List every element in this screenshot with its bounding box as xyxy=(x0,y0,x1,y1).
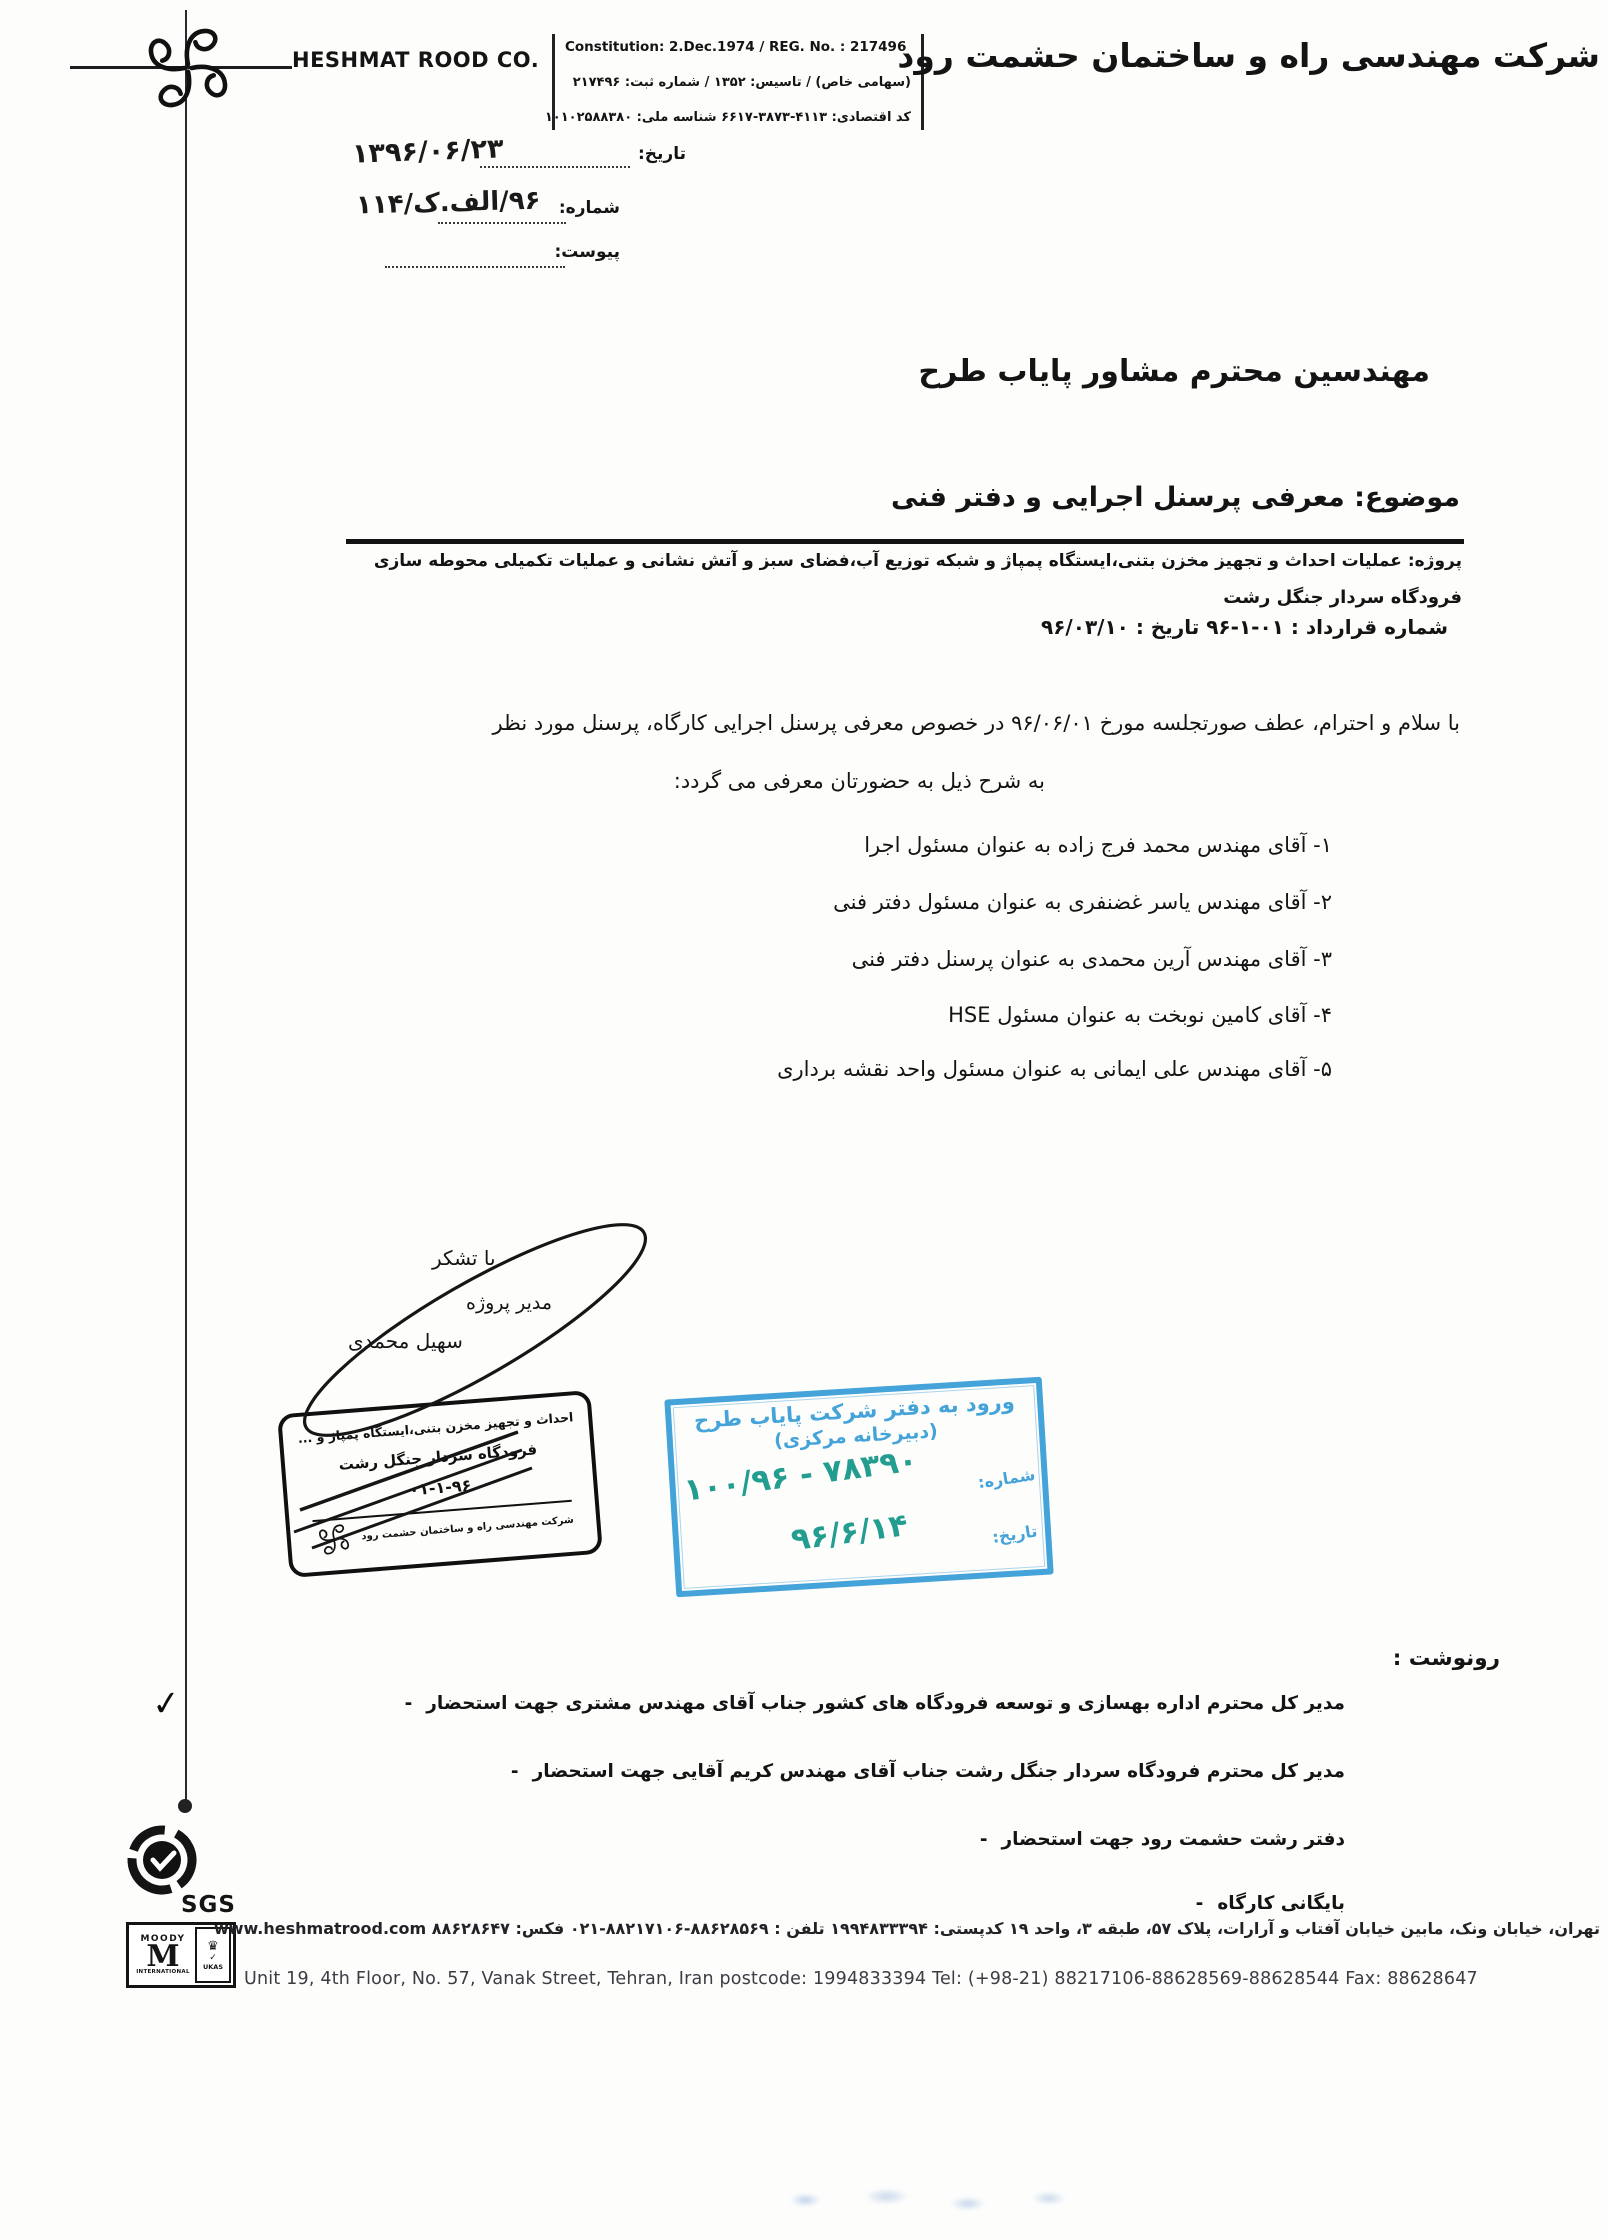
fold-guide-dot xyxy=(178,1799,192,1813)
number-label: شماره: xyxy=(559,198,620,218)
number-dotted-leader xyxy=(438,220,566,224)
cc-item-dash: - xyxy=(405,1693,413,1714)
cc-item-dash: - xyxy=(980,1829,988,1850)
registration-line: (سهامی خاص) / تاسیس: ۱۳۵۲ / شماره ثبت: ۲… xyxy=(565,75,911,90)
personnel-item: ۴- آقای کامین نوبخت به عنوان مسئول HSE xyxy=(948,1003,1332,1027)
cc-item: مدیر کل محترم اداره بهسازی و توسعه فرودگ… xyxy=(405,1693,1345,1714)
entry-stamp-date-label: تاریخ: xyxy=(991,1521,1038,1546)
address-fa: تهران، خیابان ونک، مابین خیابان آفتاب و … xyxy=(214,1919,1600,1938)
attachment-label: پیوست: xyxy=(555,242,621,262)
date-label: تاریخ: xyxy=(638,144,686,164)
company-registration-box: Constitution: 2.Dec.1974 / REG. No. : 21… xyxy=(552,34,924,130)
entry-stamp-date-value: ۹۶/۶/۱۴ xyxy=(789,1507,910,1558)
signature-scribble-icon xyxy=(260,1180,720,1600)
subject-underline xyxy=(346,539,1464,544)
personnel-item: ۱- آقای مهندس محمد فرج زاده به عنوان مسئ… xyxy=(864,833,1332,857)
cc-heading: رونوشت : xyxy=(1393,1646,1500,1671)
personnel-item: ۲- آقای مهندس یاسر غضنفری به عنوان مسئول… xyxy=(833,890,1332,914)
company-name-fa: شرکت مهندسی راه و ساختمان حشمت رود xyxy=(897,36,1600,75)
faint-blue-artifact xyxy=(768,2182,1080,2218)
sgs-label: SGS xyxy=(181,1892,236,1918)
check-icon: ✓ xyxy=(209,1954,217,1963)
moody-logo-icon: MOODY M INTERNATIONAL xyxy=(131,1927,195,1983)
contract-number-line: شماره قرارداد : ۰۱-۱-۹۶ تاریخ : ۹۶/۰۳/۱۰ xyxy=(1041,615,1448,639)
cc-item: دفتر رشت حشمت رود جهت استحضار- xyxy=(980,1829,1345,1850)
fold-guide-line xyxy=(185,10,187,1802)
scanned-letter-page: HESHMAT ROOD CO. Constitution: 2.Dec.197… xyxy=(0,0,1608,2240)
secretariat-entry-stamp: ورود به دفتر شرکت پایاب طرح (دبیرخانه مر… xyxy=(664,1377,1053,1598)
attachment-dotted-leader xyxy=(385,264,565,268)
address-en: Unit 19, 4th Floor, No. 57, Vanak Street… xyxy=(244,1969,1478,1989)
cc-item-text: دفتر رشت حشمت رود جهت استحضار xyxy=(1002,1829,1345,1850)
cc-item-dash: - xyxy=(511,1761,519,1782)
project-line: پروژه: عملیات احداث و تجهیز مخزن بتنی،ای… xyxy=(374,551,1462,571)
personnel-item: ۳- آقای مهندس آرین محمدی به عنوان پرسنل … xyxy=(852,947,1332,971)
checkmark-icon: ✓ xyxy=(150,1683,183,1726)
body-line-1: با سلام و احترام، عطف صورتجلسه مورخ ۹۶/۰… xyxy=(493,711,1460,735)
date-dotted-leader xyxy=(480,164,630,168)
cc-item: مدیر کل محترم فرودگاه سردار جنگل رشت جنا… xyxy=(511,1761,1345,1782)
heshmat-rood-logo-icon xyxy=(130,22,246,114)
personnel-item: ۵- آقای مهندس علی ایمانی به عنوان مسئول … xyxy=(777,1057,1332,1081)
project-location: فرودگاه سردار جنگل رشت xyxy=(1223,587,1462,608)
sgs-logo-icon xyxy=(124,1822,204,1902)
number-value-handwritten: ۹۶/الف.ک/۱۱۴ xyxy=(356,186,541,221)
sgs-certification: SGS xyxy=(124,1822,238,1920)
recipient-title: مهندسین محترم مشاور پایاب طرح xyxy=(918,354,1430,389)
cc-item-text: مدیر کل محترم فرودگاه سردار جنگل رشت جنا… xyxy=(533,1761,1345,1782)
moody-sub-label: INTERNATIONAL xyxy=(136,1970,190,1976)
crown-icon: ♛ xyxy=(207,1940,219,1953)
subject-line: موضوع: معرفی پرسنل اجرایی و دفتر فنی xyxy=(891,482,1460,513)
entry-stamp-number-label: شماره: xyxy=(977,1465,1037,1492)
moody-m-mark: M xyxy=(146,1944,179,1970)
date-value-handwritten: ۱۳۹۶/۰۶/۲۳ xyxy=(352,133,505,169)
body-line-2: به شرح ذیل به حضورتان معرفی می گردد: xyxy=(674,769,1045,793)
cc-item: بایگانی کارگاه- xyxy=(1196,1893,1345,1914)
cc-item-text: بایگانی کارگاه xyxy=(1217,1893,1345,1914)
company-name-en: HESHMAT ROOD CO. xyxy=(292,48,539,72)
ukas-label: UKAS xyxy=(203,1964,223,1971)
economic-code-line: کد اقتصادی: ۴۱۱۳-۳۸۷۳-۶۶۱۷ شناسه ملی: ۱۰… xyxy=(565,110,911,125)
cc-item-dash: - xyxy=(1196,1893,1204,1914)
constitution-line: Constitution: 2.Dec.1974 / REG. No. : 21… xyxy=(565,39,911,55)
cc-item-text: مدیر کل محترم اداره بهسازی و توسعه فرودگ… xyxy=(426,1693,1345,1714)
